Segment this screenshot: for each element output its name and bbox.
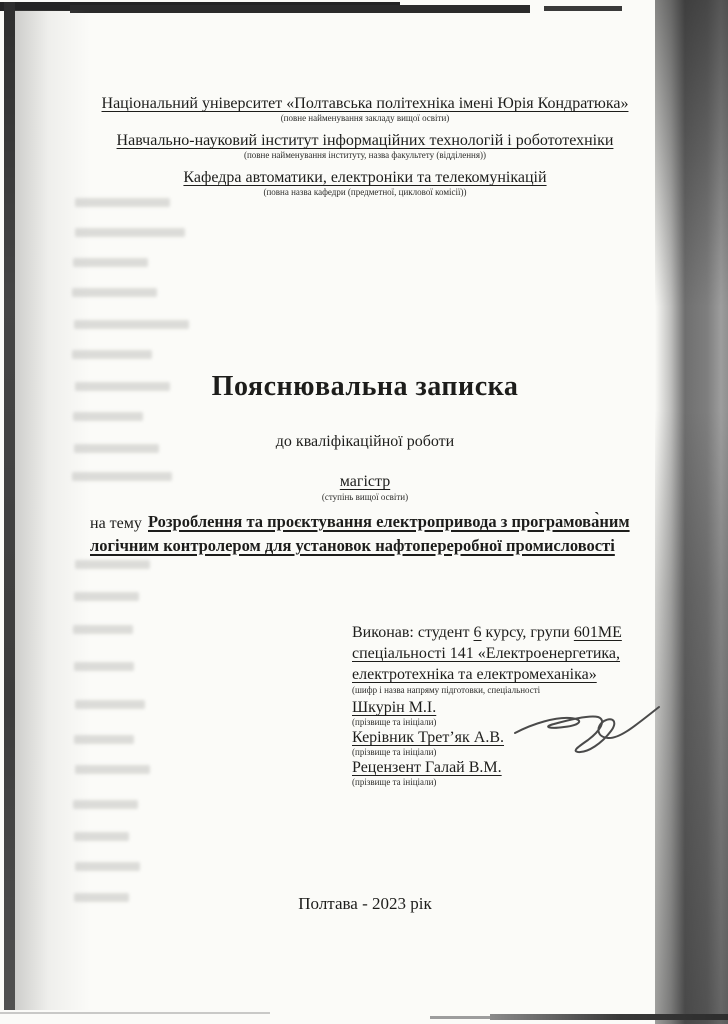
specialty-line-2: електротехніка та електромеханіка» xyxy=(352,664,622,685)
handwritten-signature xyxy=(512,703,662,761)
scan-edge-top xyxy=(544,6,622,11)
ghost-text-line xyxy=(75,228,185,237)
ghost-text-line xyxy=(74,832,129,841)
topic-line-1: Розроблення та проєктування електроприво… xyxy=(148,512,630,532)
department-caption: (повна назва кафедри (предметної, циклов… xyxy=(0,187,728,198)
department-name: Кафедра автоматики, електроніки та телек… xyxy=(0,168,728,187)
ghost-text-line xyxy=(75,700,145,709)
university-name: Національний університет «Полтавська пол… xyxy=(0,94,728,113)
ghost-text-line xyxy=(73,800,138,809)
topic-line-2: логічним контролером для установок нафто… xyxy=(90,536,615,556)
ghost-text-line xyxy=(74,592,139,601)
topic-label: на тему xyxy=(90,515,142,533)
ghost-text-line xyxy=(72,350,152,359)
specialty-line-1: спеціальності 141 «Електроенергетика, xyxy=(352,643,622,664)
degree-caption: (ступінь вищої освіти) xyxy=(0,492,728,503)
institute-caption: (повне найменування інституту, назва фак… xyxy=(0,150,728,161)
city-year: Полтава - 2023 рік xyxy=(0,894,728,914)
ghost-text-line xyxy=(75,198,170,207)
scan-edge-top xyxy=(70,5,530,13)
executor-line: Виконав: студент 6 курсу, групи 601МЕ xyxy=(352,622,622,643)
ghost-text-line xyxy=(73,258,148,267)
institute-name: Навчально-науковий інститут інформаційни… xyxy=(0,131,728,150)
document-header: Національний університет «Полтавська пол… xyxy=(0,94,728,198)
course-number: 6 xyxy=(474,624,482,641)
ghost-text-line xyxy=(75,862,140,871)
university-caption: (повне найменування закладу вищої освіти… xyxy=(0,113,728,124)
ghost-text-line xyxy=(72,288,157,297)
ghost-text-line xyxy=(74,662,134,671)
scan-edge-bottom xyxy=(430,1016,490,1019)
degree: магістр xyxy=(0,473,728,491)
page-title: Пояснювальна записка xyxy=(0,371,728,403)
ghost-text-line xyxy=(74,735,134,744)
reviewer-name-caption: (прізвище та ініціали) xyxy=(352,777,622,788)
scan-edge-bottom xyxy=(0,1012,270,1014)
ghost-text-line xyxy=(75,765,150,774)
subtitle: до кваліфікаційної роботи xyxy=(0,433,728,451)
ghost-text-line xyxy=(73,412,143,421)
scanned-title-page: Національний університет «Полтавська пол… xyxy=(0,0,728,1024)
specialty-caption: (шифр і назва напряму підготовки, спеціа… xyxy=(352,685,622,696)
scan-edge-bottom xyxy=(490,1014,728,1020)
group-code: 601МЕ xyxy=(574,624,622,641)
ghost-text-line xyxy=(75,560,150,569)
ghost-text-line xyxy=(74,320,189,329)
ghost-text-line xyxy=(73,625,133,634)
